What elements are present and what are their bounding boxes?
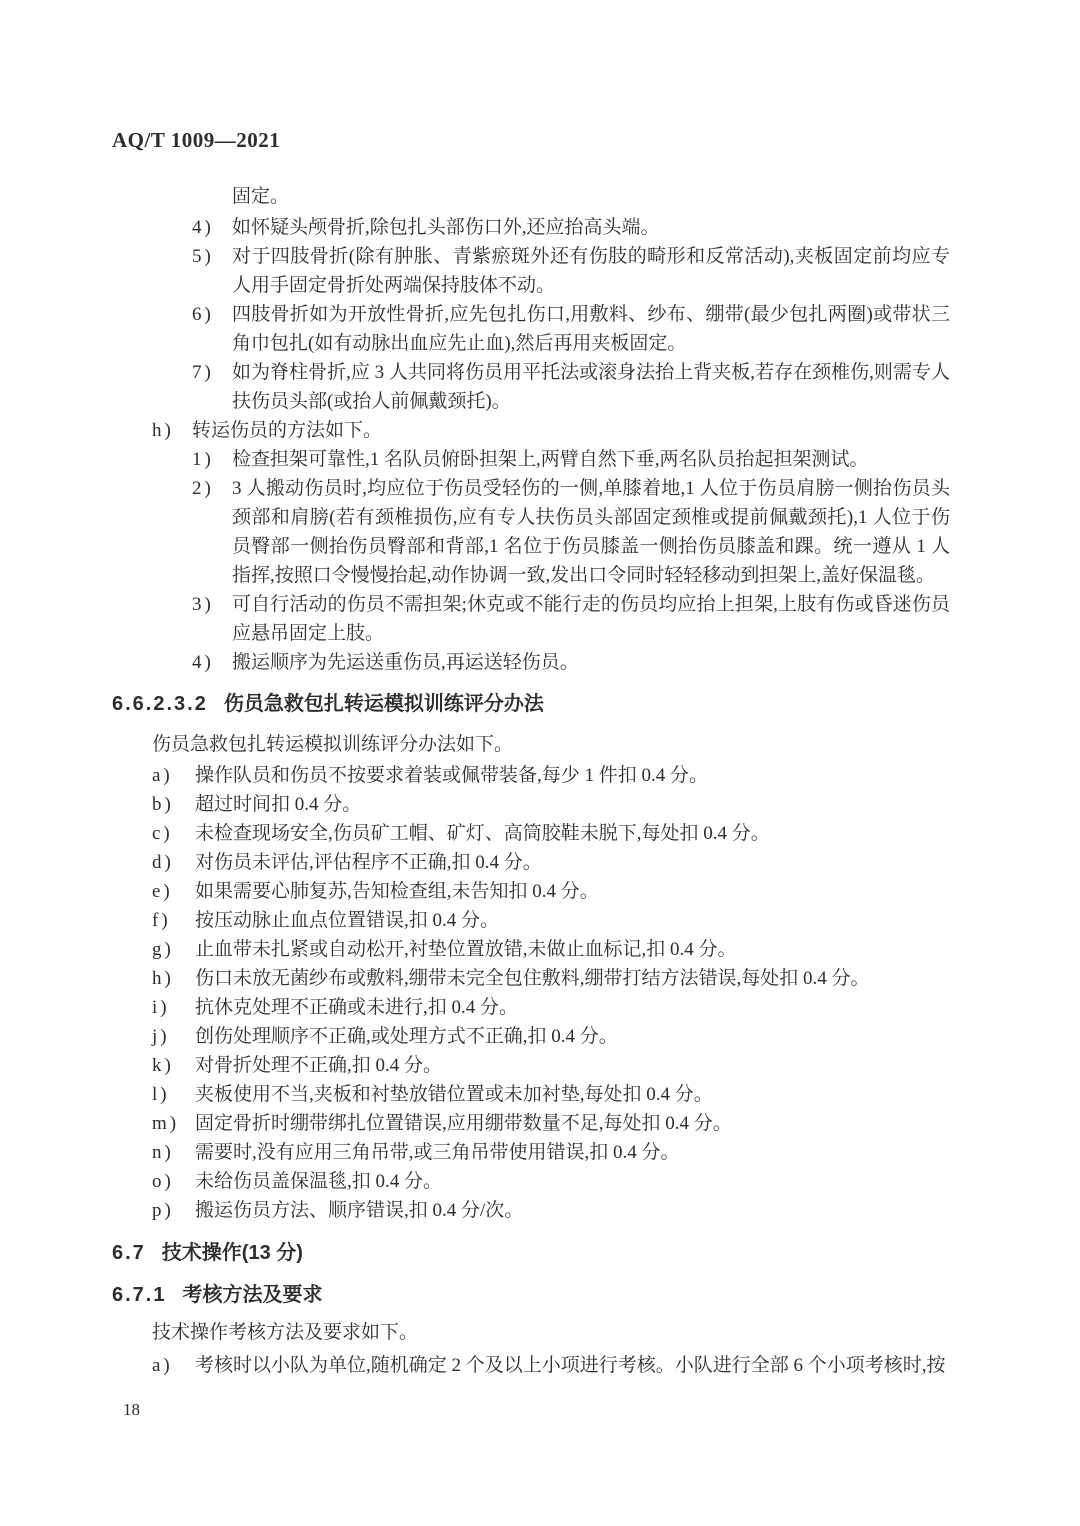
item-number: n) — [152, 1138, 195, 1167]
item-text: 对骨折处理不正确,扣 0.4 分。 — [195, 1051, 950, 1080]
section-title: 技术操作(13 分) — [162, 1242, 303, 1264]
item-text: 转运伤员的方法如下。 — [192, 416, 950, 445]
section-number: 6.7 — [112, 1242, 146, 1264]
item-number: 7) — [192, 358, 232, 387]
item-text: 未检查现场安全,伤员矿工帽、矿灯、高筒胶鞋未脱下,每处扣 0.4 分。 — [195, 819, 950, 848]
list-item: 3) 可自行活动的伤员不需担架;休克或不能行走的伤员均应抬上担架,上肢有伤或昏迷… — [112, 590, 950, 648]
list-item: l) 夹板使用不当,夹板和衬垫放错位置或未加衬垫,每处扣 0.4 分。 — [112, 1080, 950, 1109]
item-number: o) — [152, 1167, 195, 1196]
list-item: 4) 搬运顺序为先运送重伤员,再运送轻伤员。 — [112, 648, 950, 677]
tech-intro-paragraph: 技术操作考核方法及要求如下。 — [112, 1318, 950, 1347]
item-text: 对于四肢骨折(除有肿胀、青紫瘀斑外还有伤肢的畸形和反常活动),夹板固定前均应专人… — [232, 242, 950, 300]
item-number: 3) — [192, 590, 232, 619]
scoring-rule-list: a) 操作队员和伤员不按要求着装或佩带装备,每少 1 件扣 0.4 分。 b) … — [112, 761, 950, 1225]
fracture-fixing-list: 4) 如怀疑头颅骨折,除包扎头部伤口外,还应抬高头端。 5) 对于四肢骨折(除有… — [112, 213, 950, 416]
item-text: 按压动脉止血点位置错误,扣 0.4 分。 — [195, 906, 950, 935]
item-number: j) — [152, 1022, 195, 1051]
list-item: 1) 检查担架可靠性,1 名队员俯卧担架上,两臂自然下垂,两名队员抬起担架测试。 — [112, 445, 950, 474]
scoring-intro-paragraph: 伤员急救包扎转运模拟训练评分办法如下。 — [112, 730, 950, 759]
item-text: 未给伤员盖保温毯,扣 0.4 分。 — [195, 1167, 950, 1196]
item-text: 可自行活动的伤员不需担架;休克或不能行走的伤员均应抬上担架,上肢有伤或昏迷伤员应… — [232, 590, 950, 648]
list-item: g) 止血带未扎紧或自动松开,衬垫位置放错,未做止血标记,扣 0.4 分。 — [112, 935, 950, 964]
item-number: 2) — [192, 474, 232, 503]
list-item: 5) 对于四肢骨折(除有肿胀、青紫瘀斑外还有伤肢的畸形和反常活动),夹板固定前均… — [112, 242, 950, 300]
item-text: 超过时间扣 0.4 分。 — [195, 790, 950, 819]
list-item: c) 未检查现场安全,伤员矿工帽、矿灯、高筒胶鞋未脱下,每处扣 0.4 分。 — [112, 819, 950, 848]
list-item: n) 需要时,没有应用三角吊带,或三角吊带使用错误,扣 0.4 分。 — [112, 1138, 950, 1167]
item-number: a) — [152, 761, 195, 790]
section-number: 6.7.1 — [112, 1284, 166, 1306]
continuation-line: 固定。 — [112, 182, 950, 211]
list-item: f) 按压动脉止血点位置错误,扣 0.4 分。 — [112, 906, 950, 935]
transport-method-list: 1) 检查担架可靠性,1 名队员俯卧担架上,两臂自然下垂,两名队员抬起担架测试。… — [112, 445, 950, 677]
list-item: 4) 如怀疑头颅骨折,除包扎头部伤口外,还应抬高头端。 — [112, 213, 950, 242]
section-heading-6-6-2-3-2: 6.6.2.3.2伤员急救包扎转运模拟训练评分办法 — [112, 690, 950, 719]
item-number: 1) — [192, 445, 232, 474]
item-text: 固定骨折时绷带绑扎位置错误,应用绷带数量不足,每处扣 0.4 分。 — [195, 1109, 950, 1138]
list-item: b) 超过时间扣 0.4 分。 — [112, 790, 950, 819]
item-number: b) — [152, 790, 195, 819]
list-item: 7) 如为脊柱骨折,应 3 人共同将伤员用平托法或滚身法抬上背夹板,若存在颈椎伤… — [112, 358, 950, 416]
item-number: e) — [152, 877, 195, 906]
item-number: d) — [152, 848, 195, 877]
list-item: o) 未给伤员盖保温毯,扣 0.4 分。 — [112, 1167, 950, 1196]
item-number: f) — [152, 906, 195, 935]
item-number: l) — [152, 1080, 195, 1109]
list-item: a) 操作队员和伤员不按要求着装或佩带装备,每少 1 件扣 0.4 分。 — [112, 761, 950, 790]
item-number: k) — [152, 1051, 195, 1080]
item-number: p) — [152, 1196, 195, 1225]
list-item: a) 考核时以小队为单位,随机确定 2 个及以上小项进行考核。小队进行全部 6 … — [112, 1351, 950, 1380]
item-text: 操作队员和伤员不按要求着装或佩带装备,每少 1 件扣 0.4 分。 — [195, 761, 950, 790]
item-text: 夹板使用不当,夹板和衬垫放错位置或未加衬垫,每处扣 0.4 分。 — [195, 1080, 950, 1109]
item-text: 考核时以小队为单位,随机确定 2 个及以上小项进行考核。小队进行全部 6 个小项… — [195, 1351, 950, 1380]
item-number: 4) — [192, 648, 232, 677]
item-text: 3 人搬动伤员时,均应位于伤员受轻伤的一侧,单膝着地,1 人位于伤员肩膀一侧抬伤… — [232, 474, 950, 590]
list-item: j) 创伤处理顺序不正确,或处理方式不正确,扣 0.4 分。 — [112, 1022, 950, 1051]
list-item: 6) 四肢骨折如为开放性骨折,应先包扎伤口,用敷料、纱布、绷带(最少包扎两圈)或… — [112, 300, 950, 358]
item-text: 创伤处理顺序不正确,或处理方式不正确,扣 0.4 分。 — [195, 1022, 950, 1051]
item-text: 抗休克处理不正确或未进行,扣 0.4 分。 — [195, 993, 950, 1022]
item-number: 6) — [192, 300, 232, 329]
item-text: 伤口未放无菌纱布或敷料,绷带未完全包住敷料,绷带打结方法错误,每处扣 0.4 分… — [195, 964, 950, 993]
item-text: 对伤员未评估,评估程序不正确,扣 0.4 分。 — [195, 848, 950, 877]
section-heading-6-7-1: 6.7.1考核方法及要求 — [112, 1281, 950, 1310]
item-text: 需要时,没有应用三角吊带,或三角吊带使用错误,扣 0.4 分。 — [195, 1138, 950, 1167]
item-number: 4) — [192, 213, 232, 242]
running-header: AQ/T 1009—2021 — [112, 126, 950, 155]
section-heading-6-7: 6.7技术操作(13 分) — [112, 1239, 950, 1268]
item-number: h) — [152, 416, 192, 445]
item-number: g) — [152, 935, 195, 964]
list-item: p) 搬运伤员方法、顺序错误,扣 0.4 分/次。 — [112, 1196, 950, 1225]
document-page: AQ/T 1009—2021 固定。 4) 如怀疑头颅骨折,除包扎头部伤口外,还… — [0, 0, 1080, 1526]
item-text: 如果需要心肺复苏,告知检查组,未告知扣 0.4 分。 — [195, 877, 950, 906]
list-item: k) 对骨折处理不正确,扣 0.4 分。 — [112, 1051, 950, 1080]
list-item: h) 伤口未放无菌纱布或敷料,绷带未完全包住敷料,绷带打结方法错误,每处扣 0.… — [112, 964, 950, 993]
item-text: 止血带未扎紧或自动松开,衬垫位置放错,未做止血标记,扣 0.4 分。 — [195, 935, 950, 964]
section-title: 考核方法及要求 — [182, 1284, 322, 1306]
item-number: h) — [152, 964, 195, 993]
list-item: e) 如果需要心肺复苏,告知检查组,未告知扣 0.4 分。 — [112, 877, 950, 906]
item-number: m) — [152, 1109, 195, 1138]
tech-requirement-list: a) 考核时以小队为单位,随机确定 2 个及以上小项进行考核。小队进行全部 6 … — [112, 1351, 950, 1380]
page-number: 18 — [123, 1399, 140, 1421]
item-text: 如怀疑头颅骨折,除包扎头部伤口外,还应抬高头端。 — [232, 213, 950, 242]
item-text: 如为脊柱骨折,应 3 人共同将伤员用平托法或滚身法抬上背夹板,若存在颈椎伤,则需… — [232, 358, 950, 416]
list-item-h: h) 转运伤员的方法如下。 — [112, 416, 950, 445]
list-item: 2) 3 人搬动伤员时,均应位于伤员受轻伤的一侧,单膝着地,1 人位于伤员肩膀一… — [112, 474, 950, 590]
item-text: 搬运伤员方法、顺序错误,扣 0.4 分/次。 — [195, 1196, 950, 1225]
item-number: i) — [152, 993, 195, 1022]
item-text: 检查担架可靠性,1 名队员俯卧担架上,两臂自然下垂,两名队员抬起担架测试。 — [232, 445, 950, 474]
item-number: 5) — [192, 242, 232, 271]
section-title: 伤员急救包扎转运模拟训练评分办法 — [224, 693, 544, 715]
item-number: c) — [152, 819, 195, 848]
item-number: a) — [152, 1351, 195, 1380]
item-text: 四肢骨折如为开放性骨折,应先包扎伤口,用敷料、纱布、绷带(最少包扎两圈)或带状三… — [232, 300, 950, 358]
section-number: 6.6.2.3.2 — [112, 693, 208, 715]
list-item: d) 对伤员未评估,评估程序不正确,扣 0.4 分。 — [112, 848, 950, 877]
item-text: 搬运顺序为先运送重伤员,再运送轻伤员。 — [232, 648, 950, 677]
list-item: i) 抗休克处理不正确或未进行,扣 0.4 分。 — [112, 993, 950, 1022]
list-item: m) 固定骨折时绷带绑扎位置错误,应用绷带数量不足,每处扣 0.4 分。 — [112, 1109, 950, 1138]
